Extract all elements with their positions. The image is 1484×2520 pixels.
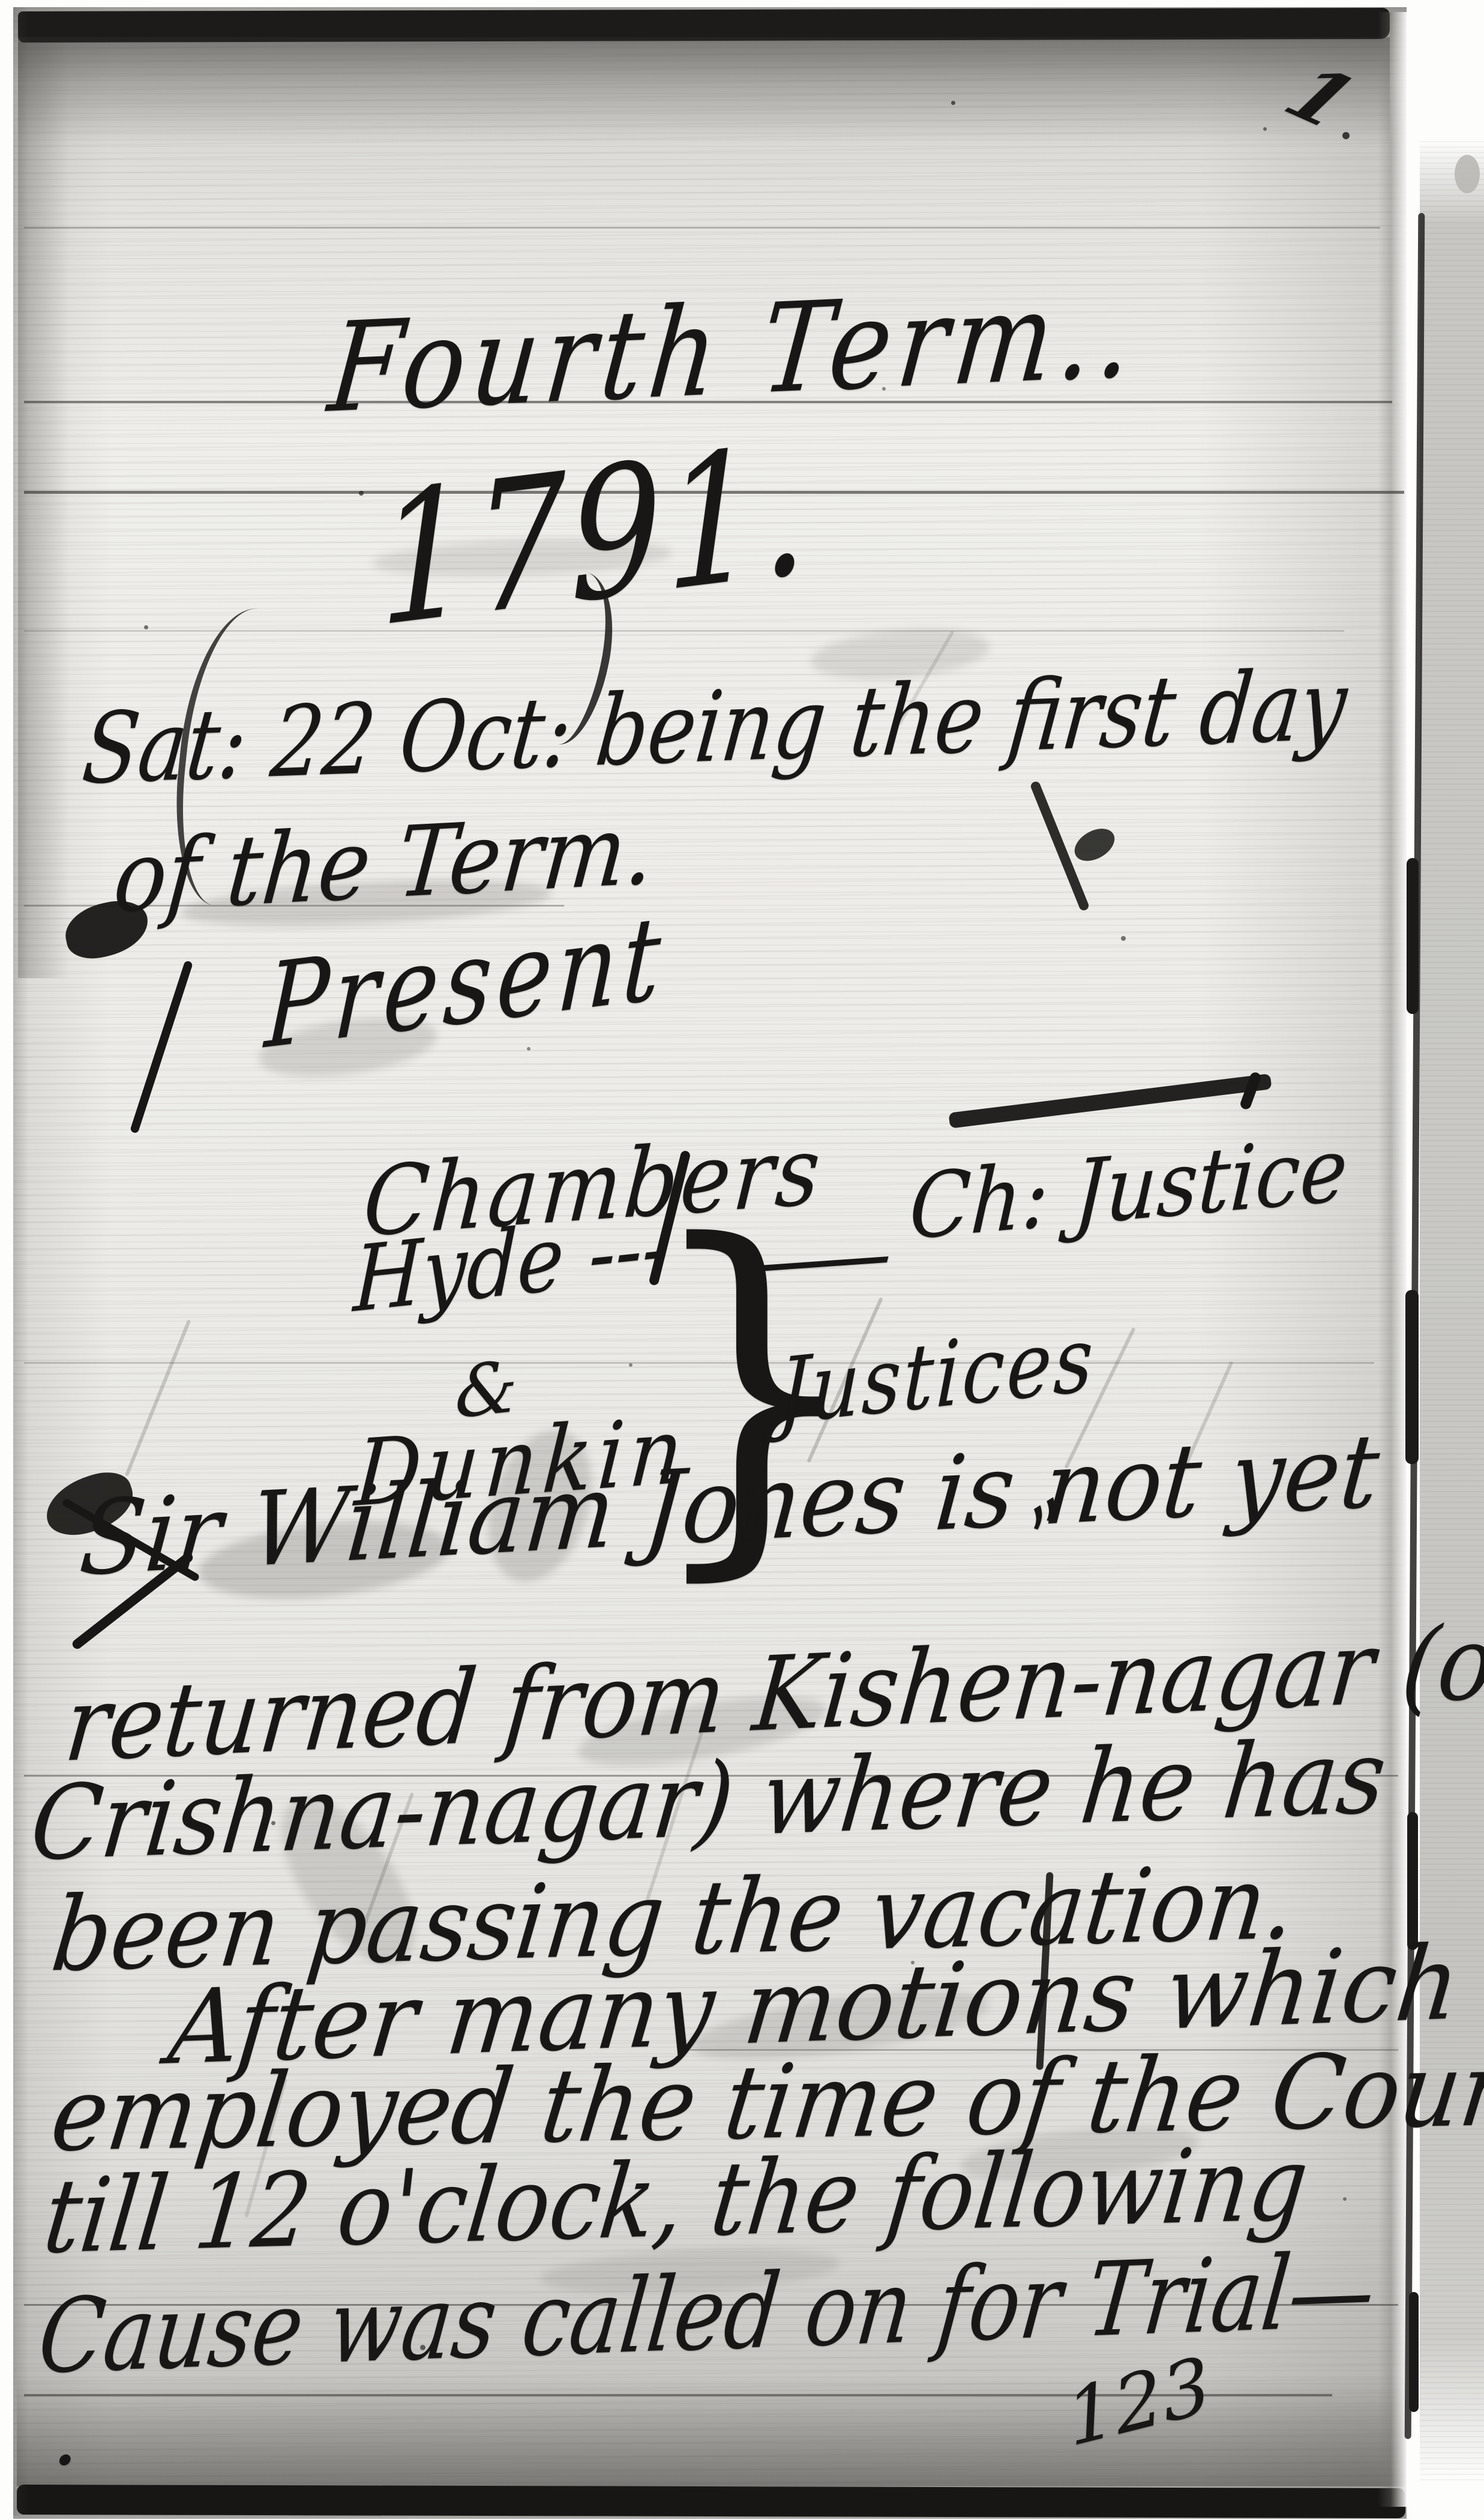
footer-period: . <box>52 2394 79 2478</box>
paper-speck <box>144 625 148 629</box>
scan-edge-band-bottom <box>17 2485 1405 2518</box>
term-title: Fourth Term.. <box>324 272 1144 431</box>
scan-edge-shadow-top <box>18 37 1390 145</box>
scan-streak <box>24 227 1380 229</box>
paper-speck <box>527 1047 530 1051</box>
folio-number-dot <box>1342 132 1350 139</box>
paper-speck <box>1263 127 1267 131</box>
left-edge-shade-soft <box>13 7 29 2515</box>
paper-speck <box>359 491 364 496</box>
manuscript-scan: 1 Fourth Term.. 1791. Sat: 22 Oct: being… <box>0 0 1484 2520</box>
binding-ink-blob <box>1407 858 1419 1014</box>
paper-speck <box>1343 2197 1347 2201</box>
binding-ink-blob <box>1409 2292 1419 2412</box>
paper-speck <box>951 101 955 105</box>
paper-speck <box>1121 936 1126 941</box>
binding-ink-blob <box>1405 1290 1419 1464</box>
adjacent-page-blob <box>1455 155 1480 193</box>
paper-speck <box>629 1363 632 1367</box>
term-year: 1791. <box>377 420 811 653</box>
